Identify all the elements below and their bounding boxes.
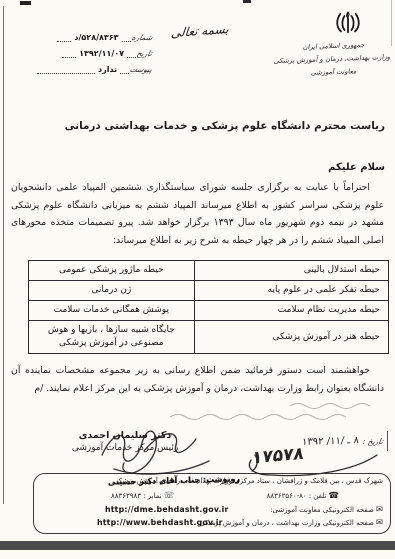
dot-leader [120, 65, 129, 74]
recipient-line: ریاست محترم دانشگاه علوم پزشکی و خدمات ب… [10, 120, 385, 132]
phone-label: تلفن : [309, 492, 327, 500]
table-row: حیطه استدلال بالینی حیطه ماژور پزشکی عمو… [29, 261, 389, 281]
attachment-label: پیوست [129, 65, 153, 74]
topic-cell: حیطه ماژور پزشکی عمومی [29, 261, 195, 281]
ministry-site-row: ✉ صفحه الکترونیکی وزارت بهداشت ، درمان و… [39, 518, 383, 531]
table-row: حیطه هنر در آموزش پزشکی جایگاه شبیه سازه… [29, 321, 389, 354]
domain-cell: حیطه تفکر علمی در علوم پایه [194, 281, 388, 301]
olympiad-domains-table: حیطه استدلال بالینی حیطه ماژور پزشکی عمو… [28, 260, 389, 354]
ministry-site-url: http://www.behdasht.gov.ir [97, 518, 223, 527]
dot-leader [62, 49, 76, 58]
letterhead-org-block: جمهوری اسلامی ایران وزارت بهداشت، درمان … [278, 40, 390, 79]
letter-meta-block: شماره ۵۲۸/۸۳۶۳/د تاریخ ۱۳۹۲/۱۱/۰۷ پیوست … [10, 26, 152, 74]
mail-icon: ✉ [376, 518, 383, 528]
dot-leader [57, 33, 71, 42]
fax-group: ☏ نمابر : ۸۸۳۶۳۹۸۳ [111, 491, 174, 501]
number-value: ۵۲۸/۸۳۶۳/د [72, 33, 120, 42]
scan-mark-top-left [20, 1, 31, 5]
org-deputy: معاونت آموزشی [276, 64, 391, 81]
letter-attachment-row: پیوست ندارد [10, 58, 152, 74]
ministry-site-group: ✉ صفحه الکترونیکی وزارت بهداشت ، درمان و… [199, 518, 383, 528]
phone-group: ☎ تلفن : ۸۸۳۶۲۵۶۰-۸۰ [267, 491, 339, 501]
mail-icon: ✉ [376, 505, 383, 515]
scan-strip-bottom [0, 541, 395, 550]
scan-edge-line-left [3, 6, 4, 504]
scan-mark-top-center [243, 0, 251, 3]
number-label: شماره [130, 33, 153, 42]
topic-cell: پوشش همگانی خدمات سلامت [29, 301, 195, 321]
topic-cell: جایگاه شبیه سازها ، بازیها و هوش مصنوعی … [29, 321, 195, 354]
salutation-line: سلام علیکم [10, 162, 385, 173]
phone-value: ۸۸۳۶۲۵۶۰-۸۰ [267, 492, 307, 500]
letter-number-row: شماره ۵۲۸/۸۳۶۳/د [10, 26, 152, 42]
attachment-value: ندارد [96, 65, 119, 74]
domain-cell: حیطه مدیریت نظام سلامت [194, 301, 388, 321]
bismillah-text: بسمه تعالی [149, 20, 250, 41]
topic-cell: ژن درمانی [29, 281, 195, 301]
signature-scribble [84, 421, 219, 479]
phone-fax-row: ☎ تلفن : ۸۸۳۶۲۵۶۰-۸۰ ☏ نمابر : ۸۸۳۶۳۹۸۳ [39, 491, 383, 504]
domain-cell: حیطه هنر در آموزش پزشکی [194, 321, 388, 354]
iran-emblem-icon [334, 9, 362, 37]
stamp-rule [387, 431, 388, 451]
phone-icon: ☎ [328, 491, 339, 501]
stamp-date-value: ۸ ـ /۱۱/ ۱۳۹۲ [302, 435, 360, 448]
scanned-letter-page: بسمه تعالی جمهوری اسلامی ایران وزارت بهد… [0, 0, 395, 559]
dot-leader [122, 33, 131, 42]
edu-site-row: ✉ صفحه الکترونیکی معاونت آموزشی: http://… [39, 505, 383, 518]
table-row: حیطه مدیریت نظام سلامت پوشش همگانی خدمات… [29, 301, 389, 321]
fax-label: نمابر : [143, 492, 162, 500]
fax-value: ۸۸۳۶۳۹۸۳ [111, 492, 141, 500]
domain-cell: حیطه استدلال بالینی [194, 261, 388, 281]
closing-paragraph: خواهشمند است دستور فرمائید ضمن اطلاع رسا… [11, 362, 384, 397]
edu-site-group: ✉ صفحه الکترونیکی معاونت آموزشی: [270, 505, 383, 515]
stamp-date-label: تاریخ : [362, 437, 384, 446]
body-paragraph: احتراماً با عنایت به برگزاری جلسه شورای … [11, 179, 384, 249]
dot-leader [37, 65, 95, 74]
date-value: ۱۳۹۲/۱۱/۰۷ [77, 49, 126, 58]
edu-site-url: http://dme.behdasht.gov.ir [105, 505, 229, 514]
fax-icon: ☏ [164, 491, 175, 501]
table-row: حیطه تفکر علمی در علوم پایه ژن درمانی [29, 281, 389, 301]
dot-leader [127, 49, 136, 58]
edu-site-label: صفحه الکترونیکی معاونت آموزشی: [270, 506, 374, 514]
letter-date-row: تاریخ ۱۳۹۲/۱۱/۰۷ [10, 42, 152, 58]
ministry-site-label: صفحه الکترونیکی وزارت بهداشت ، درمان و آ… [199, 519, 374, 527]
date-label: تاریخ [136, 49, 154, 58]
